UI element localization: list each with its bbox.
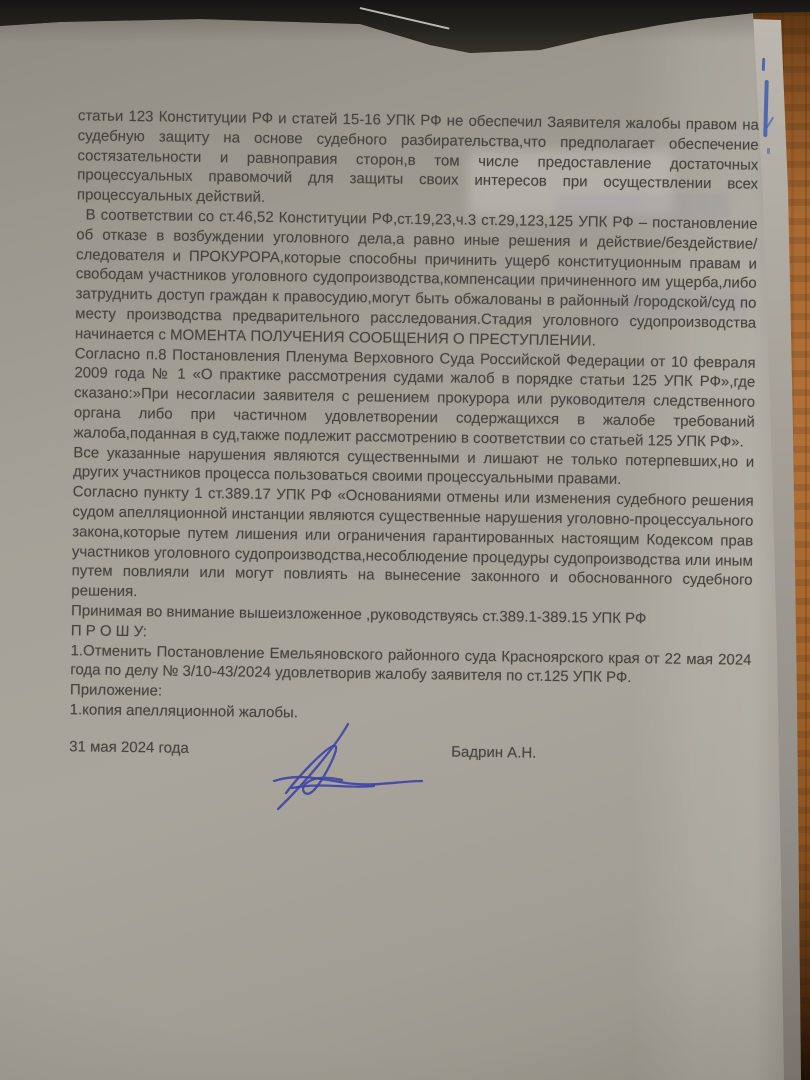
paragraph-grounds: Согласно пункту 1 ст.389.17 УПК РФ «Осно… [71, 482, 754, 610]
document-date: 31 мая 2024 года [69, 738, 189, 757]
blue-edge-mark [762, 58, 765, 71]
signer-name: Бадрин А.Н. [451, 742, 537, 763]
document-photo: статьи 123 Конституции РФ и статей 15-16… [0, 0, 810, 1080]
paragraph-plenum: Согласно п.8 Постановления Пленума Верхо… [73, 344, 755, 452]
paragraph-law-basis: В соответствии со ст.46,52 Конституции Р… [75, 205, 758, 353]
signature-ink [260, 710, 438, 822]
document-text: статьи 123 Конституции РФ и статей 15-16… [69, 106, 759, 766]
paragraph-rights: статьи 123 Конституции РФ и статей 15-16… [77, 106, 759, 214]
blue-edge-mark [767, 148, 770, 154]
